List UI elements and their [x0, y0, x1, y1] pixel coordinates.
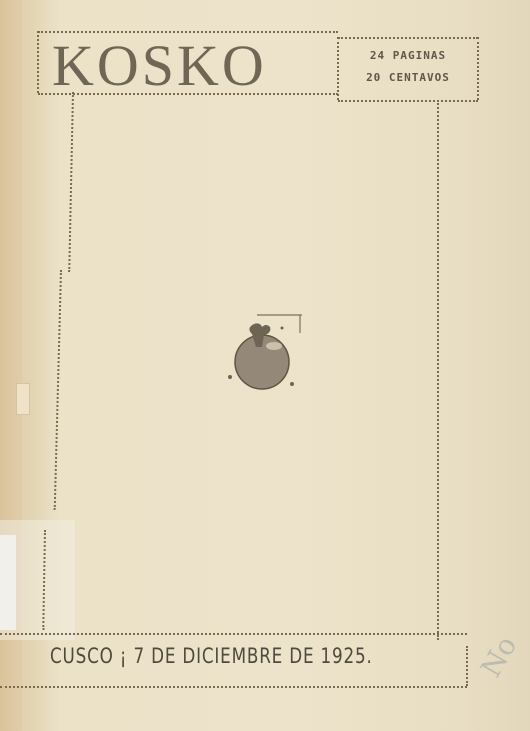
pages-label: 24 PAGINAS [342, 45, 474, 67]
handwritten-note: No [474, 630, 523, 682]
date-box-border-bottom [0, 686, 467, 688]
frame-right [437, 100, 439, 640]
masthead-title: KOSKO [52, 30, 267, 102]
date-box-border-top [0, 633, 467, 635]
date-box-border-right [466, 646, 468, 686]
price-box-border-right [477, 37, 479, 100]
white-label-patch [0, 535, 16, 630]
price-box-border-left [337, 37, 339, 100]
frame-left-upper [68, 92, 74, 272]
price-box-border-top [338, 37, 478, 39]
cover-page: KOSKO 24 PAGINAS 20 CENTAVOS CUSCO ¡ 7 D… [0, 0, 530, 731]
pomegranate-emblem-icon [222, 312, 304, 392]
frame-left-middle [54, 270, 62, 510]
masthead-border-left [37, 31, 39, 93]
price-label: 20 CENTAVOS [342, 67, 474, 89]
price-box-border-bottom [338, 100, 478, 102]
price-box: 24 PAGINAS 20 CENTAVOS [342, 45, 474, 89]
date-line: CUSCO ¡ 7 DE DICIEMBRE DE 1925. [50, 644, 373, 668]
paper-tab [16, 383, 30, 415]
